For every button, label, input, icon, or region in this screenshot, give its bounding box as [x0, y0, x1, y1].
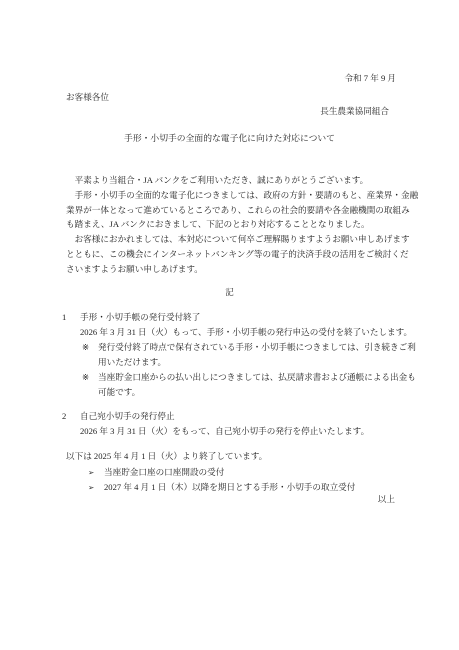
body-line: 手形・小切手の全面的な電子化につきましては、政府の方針・要請のもと、産業界・金融 — [66, 188, 404, 203]
note-text: 発行受付終了時点で保有されている手形・小切手帳につきましては、引き続きご利 — [98, 340, 416, 355]
footer-intro-line: 以下は 2025 年 4 月 1 日（火）より終了しています。 — [66, 450, 267, 462]
section-2-number: 2 — [62, 409, 80, 424]
section-1-note-2: ※ 当座貯金口座からの払い出しにつきましては、払戻請求書および通帳による出金も — [80, 370, 419, 385]
section-2-heading: 自己宛小切手の発行停止 — [80, 409, 175, 424]
section-2: 2 自己宛小切手の発行停止 2026 年 3 月 31 日（火）をもって、自己宛… — [62, 409, 419, 439]
document-date: 令和 7 年 9 月 — [344, 72, 396, 84]
body-line: 平素より当組合・JA バンクをご利用いただき、誠にありがとうございます。 — [66, 173, 404, 188]
section-1-heading: 手形・小切手帳の発行受付終了 — [80, 310, 200, 325]
body-line: も踏まえ、JA バンクにおきまして、下記のとおり対応することとなりました。 — [66, 217, 404, 232]
note-marker-icon: ※ — [80, 340, 98, 355]
note-text: 当座貯金口座からの払い出しにつきましては、払戻請求書および通帳による出金も — [98, 370, 416, 385]
section-1: 1 手形・小切手帳の発行受付終了 2026 年 3 月 31 日（火）もって、手… — [62, 310, 419, 400]
footer-bullet-list: ➢ 当座貯金口座の口座開設の受付 ➢ 2027 年 4 月 1 日（木）以降を期… — [88, 465, 355, 495]
note-marker-icon: ※ — [80, 370, 98, 385]
body-line: 業界が一体となって進めているところであり、これらの社会的要請や各金融機関の取組み — [66, 203, 404, 218]
note-text-continuation: 可能です。 — [98, 385, 419, 400]
arrowhead-bullet-icon: ➢ — [88, 465, 104, 480]
addressee-line: お客様各位 — [66, 91, 109, 103]
closing-marker: 以上 — [378, 493, 395, 505]
bullet-item-text: 当座貯金口座の口座開設の受付 — [104, 465, 224, 480]
arrowhead-bullet-icon: ➢ — [88, 480, 104, 495]
sender-organization: 長生農業協同組合 — [320, 105, 389, 117]
section-1-body: 2026 年 3 月 31 日（火）もって、手形・小切手帳の発行申込の受付を終了… — [80, 325, 419, 340]
section-1-note-1: ※ 発行受付終了時点で保有されている手形・小切手帳につきましては、引き続きご利 — [80, 340, 419, 355]
section-2-content: 2026 年 3 月 31 日（火）をもって、自己宛小切手の発行を停止いたします… — [80, 424, 419, 439]
section-2-body: 2026 年 3 月 31 日（火）をもって、自己宛小切手の発行を停止いたします… — [80, 424, 419, 439]
document-page: 令和 7 年 9 月 お客様各位 長生農業協同組合 手形・小切手の全面的な電子化… — [0, 0, 459, 650]
record-marker: 記 — [0, 286, 459, 298]
document-title: 手形・小切手の全面的な電子化に向けた対応について — [0, 131, 459, 144]
bullet-item-text: 2027 年 4 月 1 日（木）以降を期日とする手形・小切手の取立受付 — [104, 480, 355, 495]
body-line: とともに、この機会にインターネットバンキング等の電子的決済手段の活用をご検討くだ — [66, 247, 404, 262]
section-2-heading-row: 2 自己宛小切手の発行停止 — [62, 409, 419, 424]
note-text-continuation: 用いただけます。 — [98, 355, 419, 370]
section-1-number: 1 — [62, 310, 80, 325]
body-line: さいますようお願い申しあげます。 — [66, 262, 404, 277]
section-1-heading-row: 1 手形・小切手帳の発行受付終了 — [62, 310, 419, 325]
body-paragraphs: 平素より当組合・JA バンクをご利用いただき、誠にありがとうございます。 手形・… — [66, 173, 404, 277]
body-line: お客様におかれましては、本対応について何卒ご理解賜りますようお願い申しあげます — [66, 232, 404, 247]
bullet-item: ➢ 2027 年 4 月 1 日（木）以降を期日とする手形・小切手の取立受付 — [88, 480, 355, 495]
section-1-content: 2026 年 3 月 31 日（火）もって、手形・小切手帳の発行申込の受付を終了… — [80, 325, 419, 400]
bullet-item: ➢ 当座貯金口座の口座開設の受付 — [88, 465, 355, 480]
